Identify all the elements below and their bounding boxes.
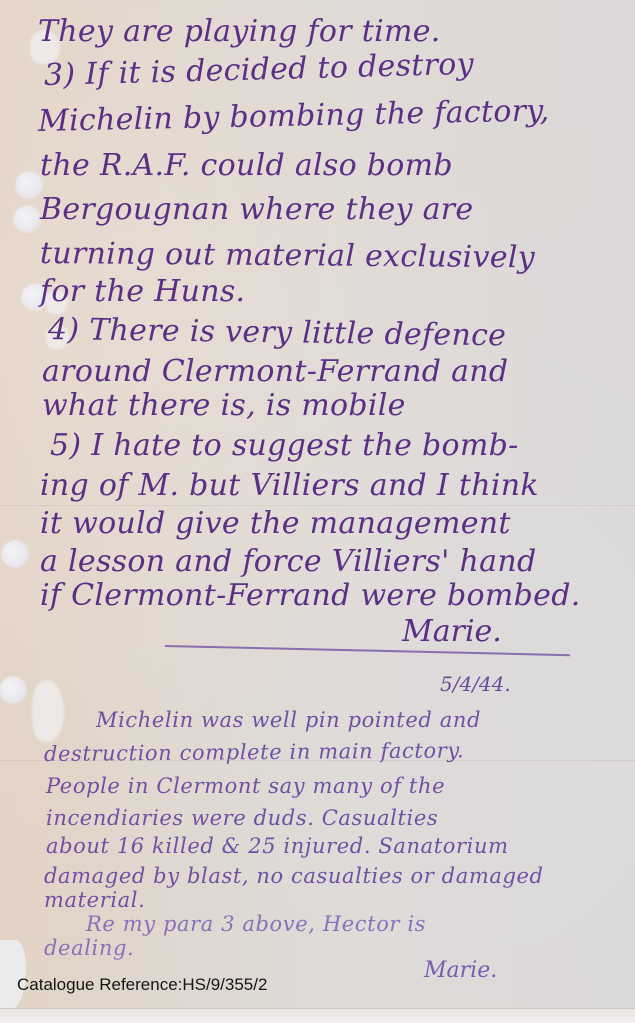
punch-hole bbox=[14, 206, 40, 232]
postscript-line: incendiaries were duds. Casualties bbox=[46, 806, 438, 830]
postscript-line: destruction complete in main factory. bbox=[44, 738, 464, 766]
letter-line: around Clermont-Ferrand and bbox=[42, 354, 508, 389]
divider-line bbox=[165, 645, 570, 656]
postscript-line: material. bbox=[44, 888, 145, 912]
postscript-line: dealing. bbox=[44, 936, 134, 960]
paper-stain bbox=[32, 680, 64, 742]
signature: Marie. bbox=[424, 958, 497, 983]
paper-bottom-edge bbox=[0, 1008, 635, 1023]
letter-line: what there is, is mobile bbox=[42, 388, 406, 423]
postscript-line: People in Clermont say many of the bbox=[46, 774, 445, 798]
punch-hole bbox=[0, 677, 26, 703]
postscript-line: damaged by blast, no casualties or damag… bbox=[44, 864, 544, 888]
punch-hole bbox=[16, 172, 42, 198]
letter-line: it would give the management bbox=[40, 506, 511, 541]
letter-line: They are playing for time. bbox=[38, 14, 441, 49]
letter-line: 4) There is very little defence bbox=[48, 312, 507, 353]
postscript-line: about 16 killed & 25 injured. Sanatorium bbox=[46, 834, 509, 858]
letter-line: 3) If it is decided to destroy bbox=[44, 47, 475, 93]
letter-page: They are playing for time. 3) If it is d… bbox=[0, 0, 635, 1023]
letter-line: a lesson and force Villiers' hand bbox=[40, 544, 536, 579]
postscript-line: Michelin was well pin pointed and bbox=[96, 708, 481, 732]
letter-line: turning out material exclusively bbox=[40, 236, 535, 275]
postscript-line: Re my para 3 above, Hector is bbox=[86, 912, 426, 936]
letter-line: if Clermont-Ferrand were bombed. bbox=[40, 578, 581, 613]
letter-line: ing of M. but Villiers and I think bbox=[40, 468, 539, 503]
signature: Marie. bbox=[402, 614, 502, 649]
letter-line: Bergougnan where they are bbox=[40, 192, 473, 227]
punch-hole bbox=[2, 541, 28, 567]
letter-date: 5/4/44. bbox=[440, 672, 511, 696]
letter-line: Michelin by bombing the factory, bbox=[38, 93, 550, 139]
catalogue-reference-label: Catalogue Reference:HS/9/355/2 bbox=[17, 975, 267, 995]
letter-line: the R.A.F. could also bomb bbox=[40, 148, 453, 183]
letter-line: 5) I hate to suggest the bomb- bbox=[50, 428, 519, 463]
letter-line: for the Huns. bbox=[40, 274, 245, 309]
